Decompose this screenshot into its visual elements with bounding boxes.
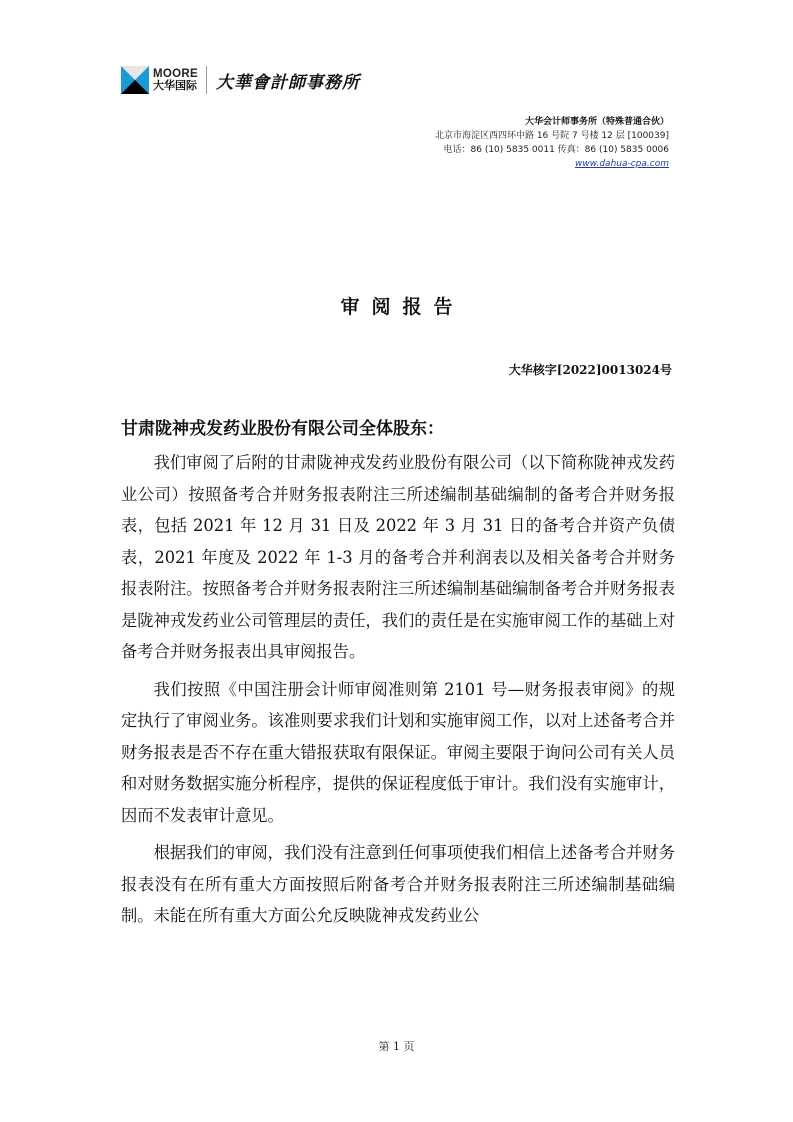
moore-logo-icon xyxy=(121,66,149,94)
firm-contact-block: 大华会计师事务所（特殊普通合伙） 北京市海淀区西四环中路 16 号院 7 号楼 … xyxy=(435,115,669,171)
firm-calligraphy-name: 大華會計師事務所 xyxy=(216,68,360,93)
page-number: 第 1 页 xyxy=(0,1038,793,1054)
brand-cn: 大华国际 xyxy=(153,80,198,92)
paragraph-conclusion: 根据我们的审阅，我们没有注意到任何事项使我们相信上述备考合并财务报表没有在所有重… xyxy=(121,837,675,932)
paragraph-scope: 我们审阅了后附的甘肃陇神戎发药业股份有限公司（以下简称陇神戎发药业公司）按照备考… xyxy=(121,447,675,668)
paragraph-standards: 我们按照《中国注册会计师审阅准则第 2101 号—财务报表审阅》的规定执行了审阅… xyxy=(121,674,675,832)
firm-name: 大华会计师事务所（特殊普通合伙） xyxy=(435,115,669,129)
firm-logo: MOORE 大华国际 大華會計師事務所 xyxy=(121,66,360,94)
logo-divider xyxy=(206,66,207,94)
brand-wordmark: MOORE 大华国际 xyxy=(153,68,198,92)
firm-website-link[interactable]: www.dahua-cpa.com xyxy=(435,157,669,171)
brand-en: MOORE xyxy=(153,68,198,80)
report-body: 我们审阅了后附的甘肃陇神戎发药业股份有限公司（以下简称陇神戎发药业公司）按照备考… xyxy=(121,447,675,938)
document-title: 审阅报告 xyxy=(0,292,793,319)
addressee: 甘肃陇神戎发药业股份有限公司全体股东： xyxy=(121,414,444,439)
document-number: 大华核字[2022]0013024号 xyxy=(509,361,672,378)
firm-phone-fax: 电话：86 (10) 5835 0011 传真：86 (10) 5835 000… xyxy=(435,143,669,157)
firm-address: 北京市海淀区西四环中路 16 号院 7 号楼 12 层 [100039] xyxy=(435,129,669,143)
